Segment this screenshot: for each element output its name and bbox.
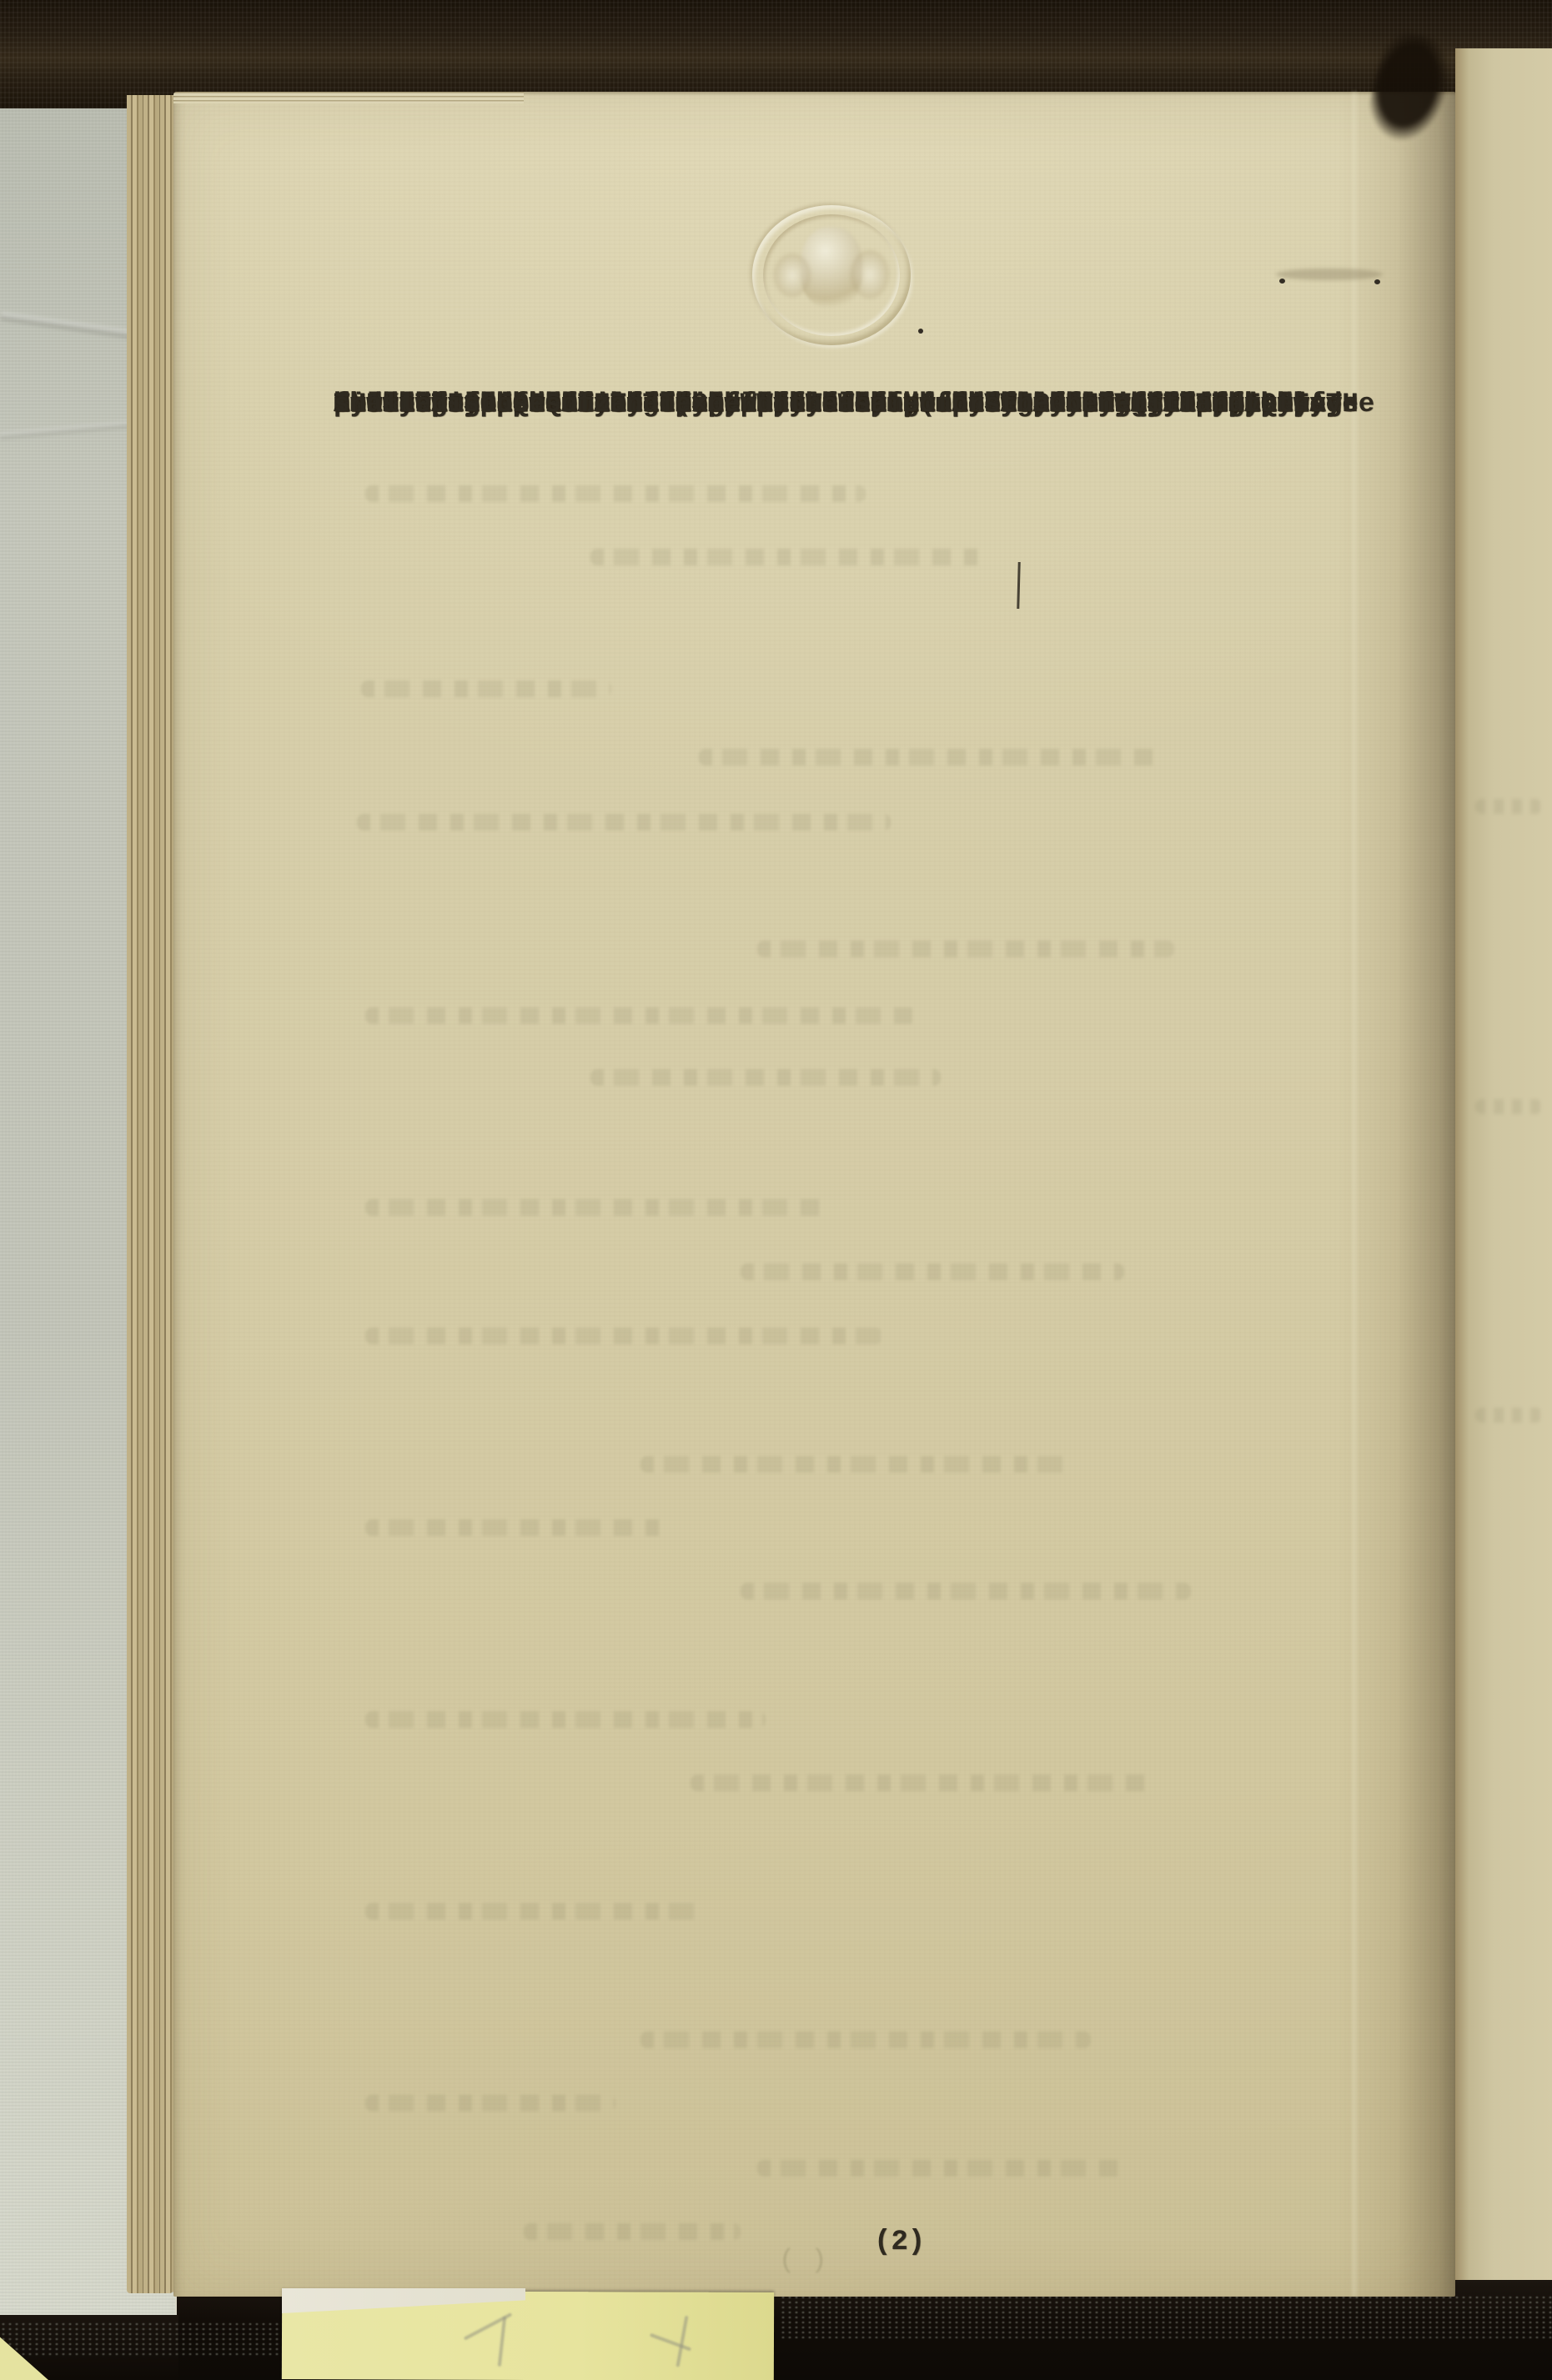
binding-stitching xyxy=(0,2322,288,2355)
ghost-text-impression xyxy=(741,1263,1124,1280)
ghost-text-impression xyxy=(1475,799,1542,814)
seal-unicorn-figure xyxy=(851,250,889,299)
pencil-mark xyxy=(676,2316,689,2367)
ghost-text-impression xyxy=(590,549,982,565)
ghost-text-impression xyxy=(640,1456,1074,1473)
erased-smudge xyxy=(1276,269,1383,280)
stacked-corner-lines xyxy=(173,92,524,103)
ink-speck xyxy=(1279,279,1285,284)
pencil-mark xyxy=(650,2333,691,2352)
ghost-text-impression xyxy=(365,1199,832,1216)
ghost-page-mark: ( ) xyxy=(779,2245,827,2276)
ghost-text-impression xyxy=(757,941,1174,957)
seal-lion-figure xyxy=(774,254,811,297)
ghost-text-impression xyxy=(365,1711,766,1728)
ink-speck xyxy=(918,329,923,334)
ghost-text-impression xyxy=(640,2031,1091,2048)
ghost-text-impression xyxy=(365,485,866,502)
ghost-text-impression xyxy=(357,814,891,831)
scanned-document-photo: and have issue but if he shall marry and… xyxy=(0,0,1552,2380)
ghost-text-impression xyxy=(365,2095,615,2111)
page-stack-edge xyxy=(127,95,177,2293)
ghost-text-impression xyxy=(691,1775,1158,1791)
ghost-text-impression xyxy=(590,1069,941,1086)
document-page: and have issue but if he shall marry and… xyxy=(173,92,1455,2297)
binding-stitching xyxy=(780,2295,1552,2338)
ink-speck xyxy=(1374,279,1380,284)
ghost-text-impression xyxy=(699,749,1166,766)
text-line: shall dispose of and expend the same for… xyxy=(334,372,1244,436)
ghost-text-impression xyxy=(365,1328,882,1344)
ghost-text-impression xyxy=(741,1583,1191,1599)
adjacent-page-edge xyxy=(1455,48,1552,2300)
ghost-text-impression xyxy=(365,1007,916,1024)
ghost-text-impression xyxy=(361,680,611,697)
ghost-text-impression xyxy=(365,1903,699,1920)
page-number: (2) xyxy=(874,2227,925,2258)
ghost-text-impression xyxy=(757,2160,1124,2177)
embossed-royal-seal xyxy=(752,205,911,345)
ghost-text-impression xyxy=(1475,1099,1542,1114)
ghost-text-impression xyxy=(365,1519,666,1536)
ghost-text-impression xyxy=(1475,1408,1542,1423)
pencil-mark xyxy=(498,2317,506,2367)
ghost-text-impression xyxy=(524,2223,741,2240)
